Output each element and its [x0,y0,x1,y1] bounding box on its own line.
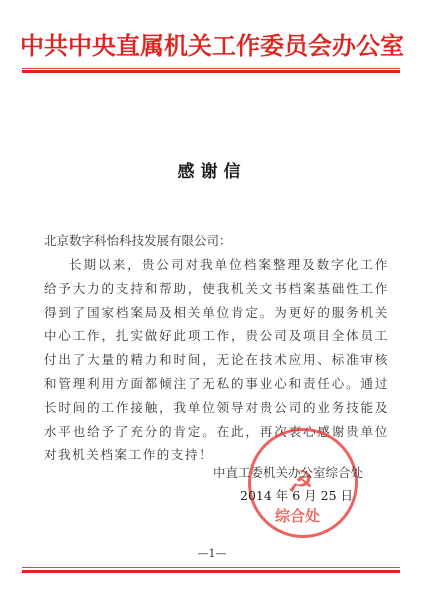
letterhead-title: 中共中央直属机关工作委员会办公室 [0,26,424,61]
signature-org: 中直工委机关办公室综合处 [213,463,363,481]
footer-rule-thin [22,567,400,568]
header-rule-thick [22,70,400,73]
page-number: —1— [0,547,424,560]
letter-title: 感谢信 [0,157,424,182]
seal-text: 综合处 [275,505,320,526]
header-rule-thin [22,68,400,69]
footer-rule-thick [22,570,400,573]
letter-body: 长期以来，贵公司对我单位档案整理及数字化工作给予大力的支持和帮助，使我机关文书档… [44,253,389,467]
signature-date: 2014 年 6 月 25 日 [240,486,353,504]
salutation: 北京数字科怡科技发展有限公司： [44,231,232,249]
official-seal: ☭ 综合处 [248,428,358,538]
